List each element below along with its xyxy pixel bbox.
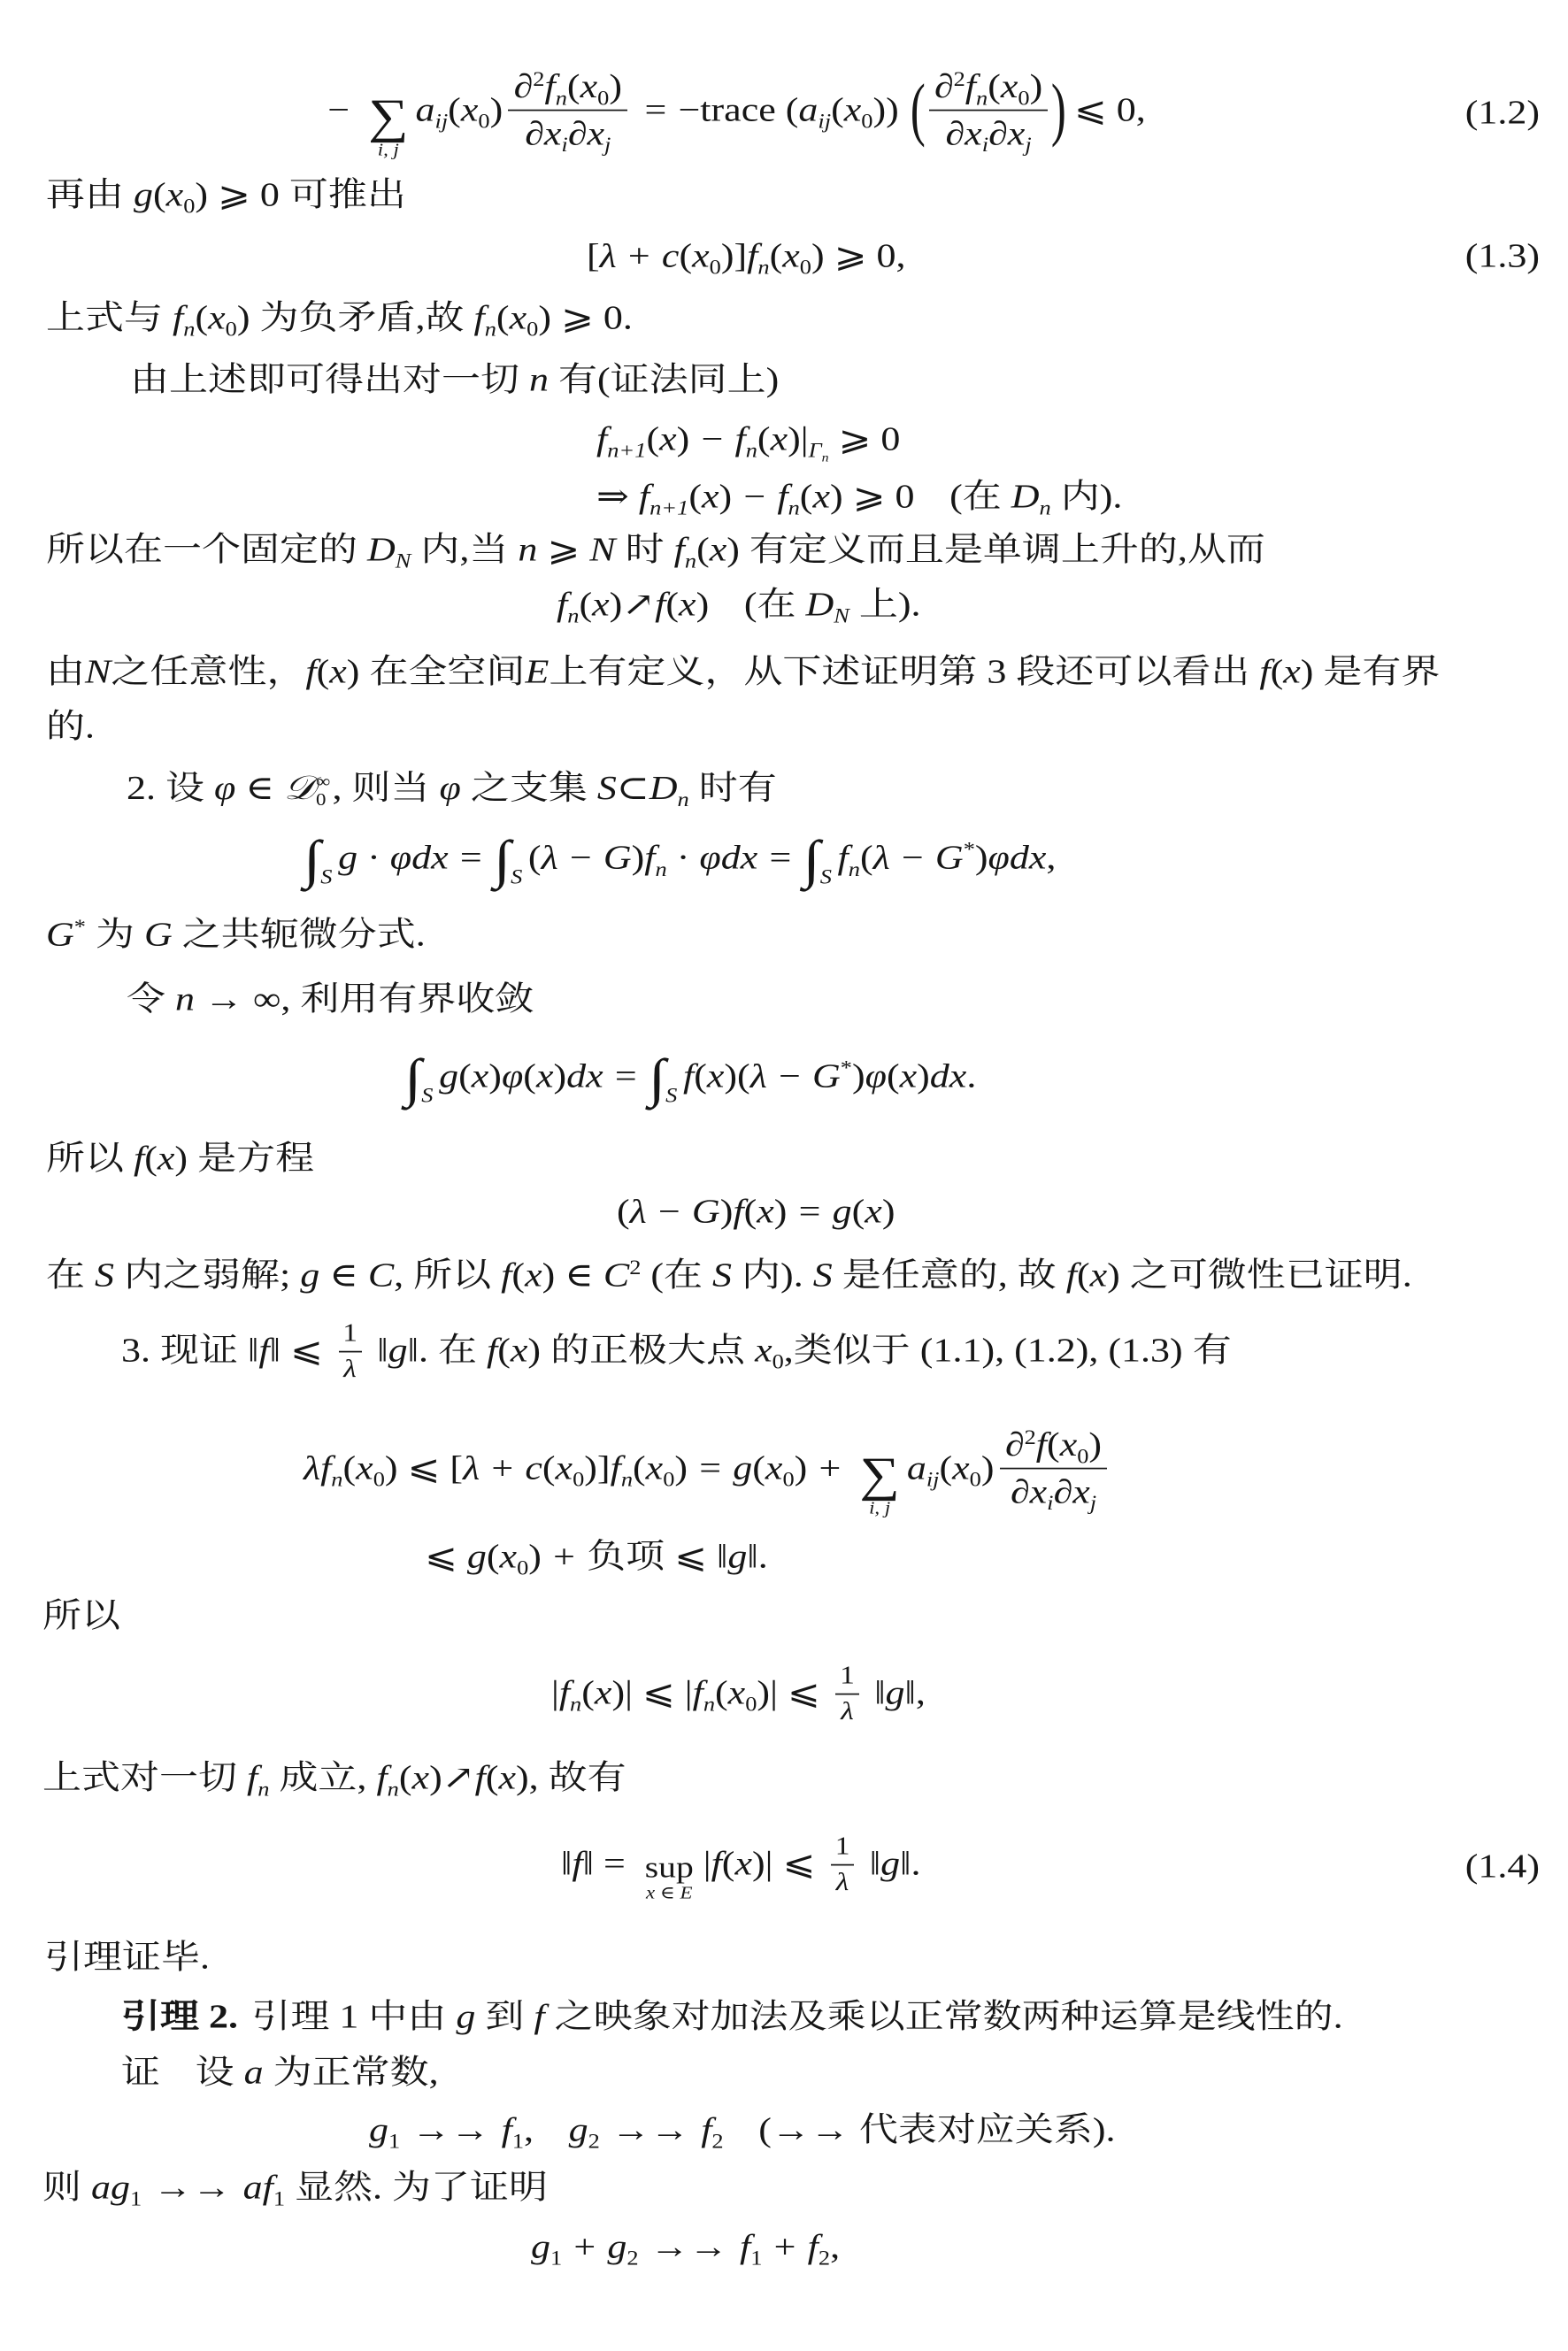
text-run: 由: [46, 653, 85, 690]
math-var: S: [597, 770, 617, 807]
paren: (: [448, 91, 461, 128]
math-var: C: [603, 1256, 629, 1294]
leq-sign: ⩽: [425, 1538, 467, 1575]
math-var: a: [243, 2169, 263, 2206]
denominator: ∂xi∂xj: [1005, 1470, 1103, 1511]
math-var: f: [134, 1140, 144, 1177]
math-var: C: [368, 1256, 394, 1294]
math-var: x: [1060, 1426, 1078, 1464]
denominator: ∂xi∂xj: [519, 111, 617, 153]
subscript: 0: [597, 87, 609, 110]
math-var: x: [771, 420, 788, 457]
math-var: x: [659, 420, 677, 457]
equation-number: (1.3): [1465, 236, 1540, 276]
math-var: x: [510, 299, 527, 336]
norm-bar: ‖: [248, 1332, 258, 1369]
paren: ): [752, 1845, 765, 1882]
text-run: 在: [46, 1256, 95, 1294]
superscript: *: [964, 838, 975, 861]
equation-1-3: [λ+c(x0)]fn(x0) ⩾ 0,: [587, 236, 906, 276]
integral-sign: ∫: [649, 1052, 665, 1106]
math-var: f: [173, 299, 183, 336]
paren: (: [887, 1057, 900, 1095]
plus-sign: +: [774, 2228, 796, 2265]
math-var: D: [1011, 478, 1040, 515]
math-var: D: [367, 531, 396, 568]
text-run: 上).: [849, 586, 921, 623]
plus-sign: +: [491, 1449, 513, 1487]
paren: (: [665, 586, 679, 623]
summation-limits: i, j: [869, 1499, 890, 1519]
math-var: g: [338, 839, 357, 876]
superscript: *: [841, 1056, 852, 1079]
math-var: f: [559, 1674, 570, 1711]
norm-bar: ‖: [561, 1845, 572, 1882]
math-var: x: [1030, 1473, 1048, 1510]
paren: ): [981, 1449, 995, 1487]
subscript: j: [1090, 1491, 1096, 1514]
math-var: f: [1036, 1426, 1047, 1464]
subscript: n: [656, 857, 667, 880]
text-run: 时有: [689, 770, 777, 807]
lemma-label: 引理 2.: [121, 1998, 238, 2035]
math-var: g: [300, 1256, 319, 1294]
paren: ): [488, 1057, 502, 1095]
math-var: G: [692, 1193, 720, 1230]
text-run: 所以在一个固定的: [46, 531, 367, 568]
partial-sign: ∂: [568, 115, 588, 152]
norm-bar: ‖: [860, 1845, 880, 1882]
paren: ): [726, 531, 740, 568]
subscript: n: [703, 1693, 715, 1716]
math-var: x: [865, 1193, 882, 1230]
math-var: f: [376, 1759, 387, 1796]
paren: (: [694, 1057, 707, 1095]
partial-sign: ∂: [1011, 1473, 1030, 1510]
text-run: | ⩽: [770, 1674, 830, 1711]
denominator: λ: [340, 1353, 361, 1385]
math-var: x: [208, 299, 226, 336]
supremum: supx ∈ E: [645, 1853, 694, 1903]
paren: (: [496, 299, 510, 336]
dot-operator: ·: [667, 839, 700, 876]
math-var: N: [85, 653, 111, 690]
text-run: | ⩽ |: [625, 1674, 692, 1711]
paren: )): [872, 91, 898, 128]
paren: (: [153, 176, 166, 213]
text-run: 2. 设: [127, 770, 214, 807]
text-line: 再由 g(x0) ⩾ 0 可推出: [46, 175, 406, 215]
text-run: ⩾ 0: [843, 478, 915, 515]
subscript: i: [982, 133, 988, 156]
math-var: f: [711, 1845, 722, 1882]
minus-sign: −: [327, 91, 350, 128]
restriction-bar: |: [801, 420, 809, 457]
math-var: g: [833, 1193, 852, 1230]
subscript: 0: [800, 256, 811, 279]
subscript: 0: [970, 1468, 981, 1491]
text-run: → ∞,: [195, 980, 300, 1018]
comma: ,: [524, 2111, 534, 2148]
paren: (: [831, 91, 844, 128]
paren: ): [609, 68, 622, 105]
math-var: f: [475, 1759, 486, 1796]
text-run: ⩽ ‖: [665, 1538, 727, 1575]
subset-sign: ⊂: [617, 770, 649, 807]
paren: ): [757, 1674, 770, 1711]
norm-bar: ‖: [270, 1332, 281, 1369]
math-var: dx: [566, 1057, 603, 1095]
paren: (: [757, 420, 771, 457]
subscript: n: [388, 1778, 399, 1801]
inequality-equation: |fn(x)| ⩽ |fn(x0)| ⩽ 1λ ‖g‖,: [551, 1663, 926, 1729]
math-var: f: [487, 1332, 497, 1369]
equals-sign: =: [699, 1449, 721, 1487]
math-var: x: [1001, 68, 1018, 105]
subscript: n: [757, 256, 769, 279]
math-var: x: [765, 1449, 783, 1487]
math-var: x: [525, 1256, 542, 1294]
subscript: 0: [861, 110, 872, 133]
paren: ): [237, 299, 260, 336]
paren: ): [347, 653, 360, 690]
subscript: n: [788, 496, 800, 519]
math-var: x: [166, 176, 184, 213]
subscript: 0: [782, 1468, 794, 1491]
text-run: 再由: [46, 176, 134, 213]
paren: (: [581, 1674, 595, 1711]
paren: (: [752, 1449, 765, 1487]
subscript: 0: [316, 791, 330, 810]
norm-bar: ‖,: [905, 1674, 926, 1711]
subscript: N: [834, 604, 849, 627]
text-run: 为正常数,: [264, 2054, 439, 2091]
proof-label: 证: [121, 2054, 160, 2091]
subscript: n: [257, 1778, 269, 1801]
paren: (: [317, 653, 330, 690]
text-line: 所以在一个固定的 DN 内,当 n ⩾ N 时 fn(x) 有定义而且是单调上升…: [46, 530, 1265, 570]
math-var: f: [644, 839, 655, 876]
numerator: ∂2fn(x0): [929, 68, 1049, 111]
text-run: 所以: [46, 1140, 134, 1177]
paren: ): [882, 1193, 895, 1230]
text-line: 3. 现证 ‖f‖ ⩽ 1λ ‖g‖. 在 f(x) 的正极大点 x0,类似于 …: [121, 1321, 1232, 1387]
math-var: f: [808, 2228, 819, 2265]
math-var: dx: [930, 1057, 967, 1095]
gamma-symbol: Γ: [809, 439, 822, 462]
math-var: E: [525, 653, 549, 690]
text-line: 令 n → ∞, 利用有界收敛: [127, 980, 534, 1019]
integral-sign: ∫: [803, 834, 819, 887]
plus-sign: +: [819, 1449, 842, 1487]
text-line: 所以: [42, 1596, 120, 1636]
equals-sign: =: [799, 1193, 821, 1230]
math-var: x: [329, 653, 347, 690]
text-run: 有定义而且是单调上升的,从而: [740, 531, 1265, 568]
subscript: 0: [710, 256, 721, 279]
math-var: λ: [542, 839, 558, 876]
subscript: 1: [388, 2130, 400, 2153]
text-line: 引理证毕.: [44, 1938, 210, 1978]
text-line: 所以 f(x) 是方程: [46, 1139, 314, 1179]
subscript: 0: [1077, 1445, 1088, 1468]
subscript: 1: [550, 2247, 562, 2270]
math-var: φ: [390, 839, 411, 876]
text-run: 3. 现证: [121, 1332, 248, 1369]
math-var: g: [111, 2169, 130, 2206]
text-line: 上式对一切 fn 成立, fn(x)↗f(x), 故有: [42, 1758, 626, 1798]
text-line: 则 ag1→→af1 显然. 为了证明: [42, 2168, 548, 2208]
subscript: n: [556, 87, 567, 110]
big-left-paren: (: [911, 74, 926, 144]
text-run: 是有界: [1313, 653, 1440, 690]
math-var: a: [244, 2054, 264, 2091]
subscript: S: [665, 1084, 677, 1107]
text-line: G* 为 G 之共轭微分式.: [46, 915, 426, 955]
math-var: dx: [1010, 839, 1047, 876]
equals-sign: =: [644, 91, 666, 128]
subscript: ij: [818, 110, 831, 133]
text-run: (在: [744, 586, 806, 623]
mapping-line: g1+g2→→f1+f2,: [531, 2227, 840, 2267]
text-run: 到: [475, 1998, 534, 2035]
subscript: ij: [926, 1468, 940, 1491]
math-var: G: [812, 1057, 841, 1095]
math-var: f: [740, 2228, 750, 2265]
math-var: a: [798, 91, 818, 128]
fraction: 1λ: [339, 1319, 362, 1385]
math-var: G: [603, 839, 632, 876]
integral-sign: ∫: [304, 834, 320, 887]
equals-sign: =: [615, 1057, 637, 1095]
plus-sign: +: [553, 1538, 575, 1575]
text-line: 由上述即可得出对一切 n 有(证法同上): [130, 360, 779, 400]
math-var: λ: [304, 1449, 320, 1487]
text-line: 由N之任意性，f(x) 在全空间E上有定义，从下述证明第 3 段还可以看出 f(…: [46, 652, 1440, 692]
math-var: f: [320, 1449, 331, 1487]
text-run: 时: [616, 531, 674, 568]
math-var: x: [844, 91, 862, 128]
text-run: ) ⩾ 0: [195, 176, 289, 213]
norm-bar: ‖: [367, 1332, 388, 1369]
math-var: x: [498, 1759, 516, 1796]
text-run: 在: [438, 1332, 487, 1369]
math-var: c: [525, 1449, 542, 1487]
paren: (: [195, 299, 208, 336]
paren: ): [1030, 68, 1043, 105]
comma: ,: [830, 2228, 840, 2265]
paren: ): [774, 1193, 788, 1230]
text-run: , 故有: [529, 1759, 626, 1796]
text-run: 引理 1 中由: [251, 1998, 456, 2035]
maps-to-arrow: →→: [611, 2111, 689, 2148]
paren: (: [744, 1193, 757, 1230]
math-var: x: [356, 1449, 373, 1487]
paren: ): [553, 1057, 566, 1095]
paren: (: [542, 1449, 556, 1487]
subscript: 0: [1018, 87, 1029, 110]
text-run: 设: [196, 2054, 244, 2091]
math-var: dx: [411, 839, 449, 876]
text-run: , 所以: [394, 1256, 501, 1294]
norm-bar: ‖: [865, 1674, 885, 1711]
paren: ): [611, 1674, 625, 1711]
text-run: 是方程: [188, 1140, 314, 1177]
subscript: n+1: [649, 496, 688, 519]
math-var: D: [649, 770, 678, 807]
summation-sign: ∑: [368, 92, 408, 141]
minus-sign: −: [779, 1057, 801, 1095]
paren: (: [722, 1845, 735, 1882]
plus-sign: +: [628, 237, 650, 274]
subscript: i: [1047, 1491, 1053, 1514]
inequality-equation: λfn(x0) ⩽ [λ+c(x0)]fn(x0)=g(x0)+∑i, jaij…: [304, 1429, 1112, 1514]
subscript: 0: [663, 1468, 674, 1491]
implies-arrow: ⇒: [596, 478, 639, 515]
equation-line: fn(x)↗f(x)(在 DN 上).: [557, 585, 921, 625]
subscript: 1: [130, 2187, 142, 2210]
math-var: g: [439, 1057, 458, 1095]
equation-line: fn+1(x)−fn(x)|Γn ⩾ 0: [596, 419, 900, 459]
paren: ): [674, 1449, 688, 1487]
math-var: x: [472, 1057, 489, 1095]
paren: (: [800, 478, 813, 515]
text-run: 的正极大点: [541, 1332, 755, 1369]
text-run: 的.: [46, 708, 95, 745]
paren: ): [1301, 653, 1314, 690]
subscript: j: [604, 133, 611, 156]
text-line: 的.: [46, 707, 95, 747]
fraction: ∂2fn(x0)∂xi∂xj: [929, 68, 1049, 153]
sup-operator: sup: [645, 1853, 694, 1883]
equation-number: (1.4): [1465, 1847, 1540, 1886]
norm-bar: ‖.: [900, 1845, 920, 1882]
subscript: n: [331, 1468, 342, 1491]
summation: ∑i, j: [368, 92, 408, 160]
text-run: 显然. 为了证明: [285, 2169, 548, 2206]
math-var: λ: [463, 1449, 480, 1487]
paren: ): [516, 1759, 529, 1796]
math-var: g: [733, 1449, 752, 1487]
math-var: g: [134, 176, 153, 213]
paren: (: [860, 839, 873, 876]
numerator: 1: [339, 1319, 362, 1353]
integral-sign: ∫: [494, 834, 511, 887]
math-var: x: [812, 478, 830, 515]
math-var: λ: [750, 1057, 767, 1095]
math-var: G: [144, 916, 173, 953]
math-var: x: [757, 1193, 774, 1230]
math-var: f: [734, 420, 745, 457]
fraction: 1λ: [831, 1832, 854, 1898]
subscript: n: [976, 87, 988, 110]
numerator: ∂2f(x0): [1000, 1426, 1108, 1470]
subscript: n: [485, 318, 496, 341]
paren: ): [852, 1057, 865, 1095]
math-var: x: [595, 1674, 612, 1711]
math-var: f: [747, 237, 757, 274]
math-var: φ: [865, 1057, 887, 1095]
math-var: φ: [502, 1057, 523, 1095]
math-var: f: [674, 531, 685, 568]
partial-sign: ∂: [525, 115, 544, 152]
math-var: g: [531, 2228, 550, 2265]
math-var: c: [662, 237, 680, 274]
subscript: n: [621, 1468, 633, 1491]
paren: (: [487, 1538, 500, 1575]
text-run: (在: [949, 478, 1011, 515]
math-var: x: [952, 1449, 970, 1487]
superscript: 2: [954, 67, 965, 90]
norm-bar: ‖.: [408, 1332, 438, 1369]
integral-equation: ∫Sg(x)φ(x)dx=∫Sf(x)(λ−G*)φ(x)dx.: [404, 1053, 976, 1107]
math-var: x: [782, 237, 800, 274]
subscript: S: [421, 1084, 433, 1107]
text-run: ,类似于 (1.1), (1.2), (1.3) 有: [784, 1332, 1232, 1369]
numerator: ∂2fn(x0): [508, 68, 627, 111]
math-var: x: [965, 115, 982, 152]
paren: ): [527, 1332, 541, 1369]
math-var: x: [544, 115, 562, 152]
text-line: 2. 设 φ ∈ 𝒟∞0, 则当 φ 之支集 S⊂Dn 时有: [127, 769, 777, 810]
math-var: f: [1066, 1256, 1077, 1294]
math-var: x: [592, 586, 610, 623]
math-var: f: [305, 653, 316, 690]
subscript: S: [820, 865, 832, 888]
paren: )]: [584, 1449, 610, 1487]
partial-sign: ∂: [945, 115, 965, 152]
math-var: x: [692, 237, 710, 274]
document-page: −∑i, jaij(x0)∂2fn(x0)∂xi∂xj=−trace (aij(…: [0, 0, 1568, 2351]
math-var: g: [569, 2111, 588, 2148]
subscript: i: [561, 133, 567, 156]
maps-to-arrow: →→: [650, 2228, 728, 2265]
math-var: a: [907, 1449, 926, 1487]
math-var: x: [158, 1140, 175, 1177]
math-var: f: [596, 420, 607, 457]
denominator: λ: [837, 1695, 858, 1727]
paren: ): [528, 1538, 542, 1575]
inequality-continuation: ⩽ g(x0)+负项 ⩽ ‖g‖.: [425, 1537, 768, 1577]
paren: )]: [721, 237, 747, 274]
math-var: x: [679, 586, 696, 623]
text-run: 可推出: [289, 176, 406, 213]
math-var: f: [965, 68, 976, 105]
subscript: n: [183, 318, 195, 341]
minus-sign: −: [570, 839, 592, 876]
subscript: ij: [435, 110, 449, 133]
minus-sign: −: [701, 420, 723, 457]
math-var: D: [805, 586, 834, 623]
text-line: 在 S 内之弱解; g ∈ C, 所以 f(x) ∈ C2 (在 S 内). S…: [46, 1256, 1412, 1295]
minus-sign: −: [902, 839, 924, 876]
text-run: 有(证法同上): [549, 361, 779, 398]
subscript: 0: [478, 110, 489, 133]
math-var: n: [175, 980, 195, 1018]
partial-sign: ∂: [988, 115, 1008, 152]
subscript: n: [567, 604, 579, 627]
paren: (: [715, 1674, 728, 1711]
partial-sign: ∂: [1053, 1473, 1072, 1510]
math-var: x: [707, 1057, 725, 1095]
text-run: 之共轭微分式.: [173, 916, 426, 953]
subscript: 2: [588, 2130, 600, 2153]
equation-number: (1.2): [1465, 93, 1540, 133]
paren: ): [696, 586, 710, 623]
paren: (: [511, 1256, 525, 1294]
text-run: ⩾ 0: [829, 420, 901, 457]
equals-sign: =: [460, 839, 482, 876]
